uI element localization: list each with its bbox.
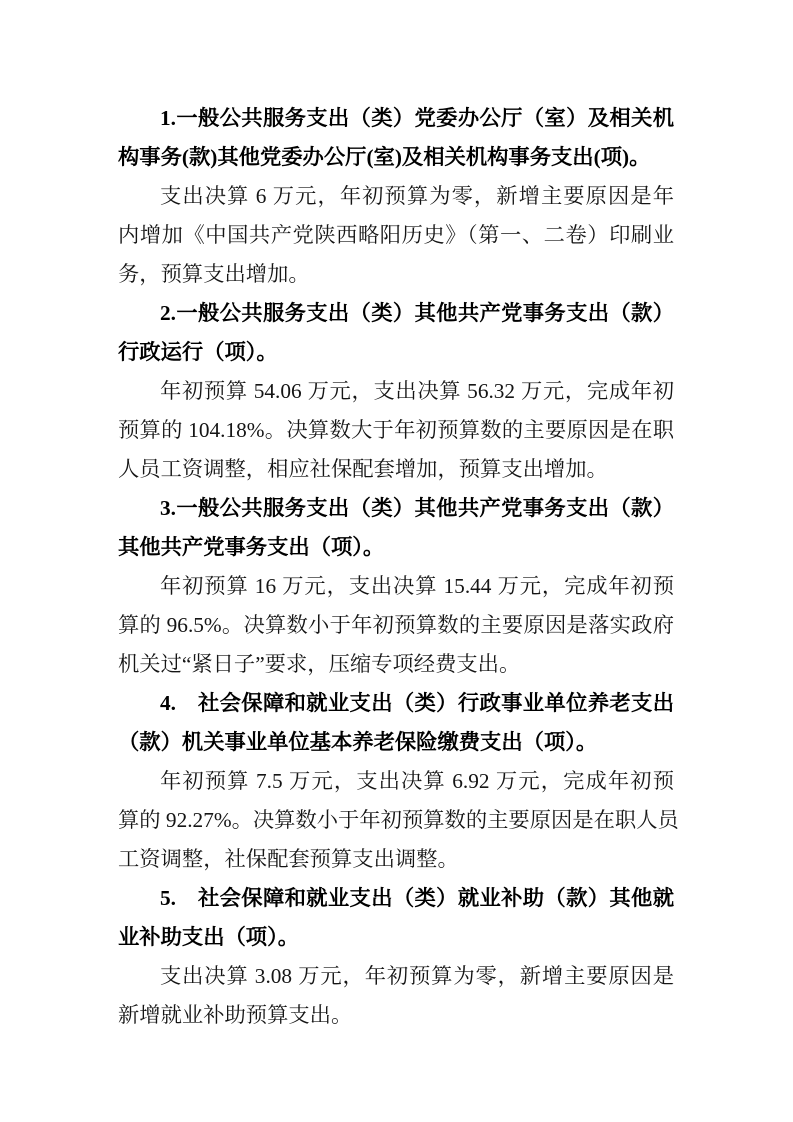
section-4-heading: 4. 社会保障和就业支出（类）行政事业单位养老支出（款）机关事业单位基本养老保险…: [118, 684, 674, 762]
section-1-body-line: 支出决算 6 万元，年初预算为零，新增主要原因是年: [118, 177, 674, 216]
section-4-heading-line: 4. 社会保障和就业支出（类）行政事业单位养老支出: [118, 684, 674, 723]
section-2: 2.一般公共服务支出（类）其他共产党事务支出（款）行政运行（项）。年初预算 54…: [118, 294, 674, 489]
section-1-body-line: 务，预算支出增加。: [118, 255, 674, 294]
section-5-heading-line: 业补助支出（项）。: [118, 918, 674, 957]
section-5-body: 支出决算 3.08 万元，年初预算为零，新增主要原因是新增就业补助预算支出。: [118, 957, 674, 1035]
section-3-heading-line: 其他共产党事务支出（项）。: [118, 528, 674, 567]
section-1-body: 支出决算 6 万元，年初预算为零，新增主要原因是年内增加《中国共产党陕西略阳历史…: [118, 177, 674, 294]
section-2-heading-line: 2.一般公共服务支出（类）其他共产党事务支出（款）: [118, 294, 674, 333]
section-4-body: 年初预算 7.5 万元，支出决算 6.92 万元，完成年初预算的 92.27%。…: [118, 762, 674, 879]
section-3-body-line: 算的 96.5%。决算数小于年初预算数的主要原因是落实政府: [118, 606, 674, 645]
section-4-heading-line: （款）机关事业单位基本养老保险缴费支出（项）。: [118, 723, 674, 762]
section-5-heading: 5. 社会保障和就业支出（类）就业补助（款）其他就业补助支出（项）。: [118, 879, 674, 957]
section-3: 3.一般公共服务支出（类）其他共产党事务支出（款）其他共产党事务支出（项）。年初…: [118, 489, 674, 684]
section-2-body: 年初预算 54.06 万元，支出决算 56.32 万元，完成年初预算的 104.…: [118, 372, 674, 489]
section-4-body-line: 年初预算 7.5 万元，支出决算 6.92 万元，完成年初预: [118, 762, 674, 801]
section-2-body-line: 人员工资调整，相应社保配套增加，预算支出增加。: [118, 450, 674, 489]
section-1-heading: 1.一般公共服务支出（类）党委办公厅（室）及相关机构事务(款)其他党委办公厅(室…: [118, 99, 674, 177]
section-1: 1.一般公共服务支出（类）党委办公厅（室）及相关机构事务(款)其他党委办公厅(室…: [118, 99, 674, 294]
section-4: 4. 社会保障和就业支出（类）行政事业单位养老支出（款）机关事业单位基本养老保险…: [118, 684, 674, 879]
section-4-body-line: 算的 92.27%。决算数小于年初预算数的主要原因是在职人员: [118, 801, 674, 840]
section-2-heading-line: 行政运行（项）。: [118, 333, 674, 372]
section-1-body-line: 内增加《中国共产党陕西略阳历史》（第一、二卷）印刷业: [118, 216, 674, 255]
document-page: 1.一般公共服务支出（类）党委办公厅（室）及相关机构事务(款)其他党委办公厅(室…: [0, 0, 793, 1122]
section-5-body-line: 支出决算 3.08 万元，年初预算为零，新增主要原因是: [118, 957, 674, 996]
section-1-heading-line: 1.一般公共服务支出（类）党委办公厅（室）及相关机: [118, 99, 674, 138]
section-5-body-line: 新增就业补助预算支出。: [118, 996, 674, 1035]
section-5: 5. 社会保障和就业支出（类）就业补助（款）其他就业补助支出（项）。支出决算 3…: [118, 879, 674, 1035]
section-1-heading-line: 构事务(款)其他党委办公厅(室)及相关机构事务支出(项)。: [118, 138, 674, 177]
section-3-body-line: 年初预算 16 万元，支出决算 15.44 万元，完成年初预: [118, 567, 674, 606]
section-4-body-line: 工资调整，社保配套预算支出调整。: [118, 840, 674, 879]
section-3-heading: 3.一般公共服务支出（类）其他共产党事务支出（款）其他共产党事务支出（项）。: [118, 489, 674, 567]
section-3-body-line: 机关过“紧日子”要求，压缩专项经费支出。: [118, 645, 674, 684]
section-3-body: 年初预算 16 万元，支出决算 15.44 万元，完成年初预算的 96.5%。决…: [118, 567, 674, 684]
section-2-body-line: 预算的 104.18%。决算数大于年初预算数的主要原因是在职: [118, 411, 674, 450]
section-5-heading-line: 5. 社会保障和就业支出（类）就业补助（款）其他就: [118, 879, 674, 918]
document-page-content: 1.一般公共服务支出（类）党委办公厅（室）及相关机构事务(款)其他党委办公厅(室…: [118, 99, 674, 1035]
section-3-heading-line: 3.一般公共服务支出（类）其他共产党事务支出（款）: [118, 489, 674, 528]
section-2-body-line: 年初预算 54.06 万元，支出决算 56.32 万元，完成年初: [118, 372, 674, 411]
section-2-heading: 2.一般公共服务支出（类）其他共产党事务支出（款）行政运行（项）。: [118, 294, 674, 372]
